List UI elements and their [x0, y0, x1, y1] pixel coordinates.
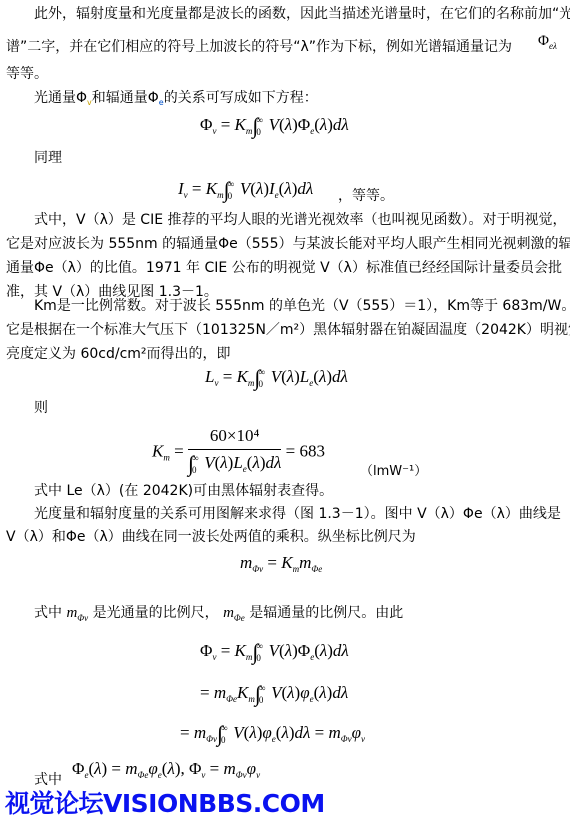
equation-luminous-flux: Φv = Km∫∞0 V(λ)Φe(λ)dλ	[200, 114, 349, 142]
equation-flux-result: = mΦv∫∞0 V(λ)φe(λ)dλ = mΦvφv	[180, 722, 365, 750]
equation-flux-integral: Φv = Km∫∞0 V(λ)Φe(λ)dλ	[200, 640, 349, 668]
paragraph-3-line-2: 它是对应波长为 555nm 的辐通量Φe（555）与某波长能对平均人眼产生相同光…	[6, 234, 570, 254]
equation-luminance: Lv = Km∫∞0 V(λ)Le(λ)dλ	[205, 366, 348, 394]
paragraph-3-line-1: 式中，V（λ）是 CIE 推荐的平均人眼的光谱光视效率（也叫视见函数）。对于明视…	[34, 210, 567, 230]
paragraph-1-line-2: 谱”二字，并在它们相应的符号上加波长的符号“λ”作为下标，例如光谱辐通量记为	[6, 37, 512, 57]
paragraph-4-line-1: Km是一比例常数。对于波长 555nm 的单色光（V（555）＝1），Km等于 …	[34, 296, 570, 316]
paragraph-6-line-2: V（λ）和Φe（λ）曲线在同一波长处两值的乘积。纵坐标比例尺为	[6, 527, 416, 547]
paragraph-4-line-2: 它是根据在一个标准大气压下（101325N／m²）黑体辐射器在铂凝固温度（204…	[6, 320, 570, 340]
paragraph-5: 式中 Le（λ）(在 2042K)可由黑体辐射表查得。	[34, 481, 333, 501]
watermark-visionbbs: 视觉论坛VISIONBBS.COM	[5, 784, 325, 817]
paragraph-4-line-3: 亮度定义为 60cd/cm²而得出的，即	[6, 344, 231, 364]
label-tongli: 同理	[34, 148, 62, 168]
paragraph-7: 式中 mΦv 是光通量的比例尺， mΦe 是辐通量的比例尺。由此	[34, 602, 403, 629]
paragraph-1-line-1: 此外，辐射度量和光度量都是波长的函数，因此当描述光谱量时，在它们的名称前加“光	[34, 4, 570, 24]
equation-flux-scaled: = mΦeKm∫∞0 V(λ)φe(λ)dλ	[200, 682, 348, 710]
paragraph-6-line-1: 光度量和辐射度量的关系可用图解来求得（图 1.3－1）。图中 V（λ）Φe（λ）…	[34, 504, 561, 524]
fraction: 60×10⁴ ∫∞0 V(λ)Le(λ)dλ	[188, 425, 281, 480]
equation-luminous-intensity: Iv = Km∫∞0 V(λ)Ie(λ)dλ	[178, 178, 313, 206]
paragraph-1-line-3: 等等。	[6, 64, 48, 84]
paragraph-2: 光通量Φv和辐通量Φe的关系可写成如下方程：	[34, 88, 318, 113]
equation-definitions: Φe(λ) = mΦeφe(λ), Φv = mΦvφv	[72, 758, 260, 786]
equation-km-value: Km = 60×10⁴ ∫∞0 V(λ)Le(λ)dλ = 683	[152, 425, 325, 480]
unit-label: （lmW⁻¹）	[360, 462, 427, 482]
label-dengdeng: ，等等。	[338, 186, 394, 206]
paragraph-3-line-3: 通量Φe（λ）的比值。1971 年 CIE 公布的明视觉 V（λ）标准值已经经国…	[6, 258, 562, 278]
equation-scale-ratio: mΦv = KmmΦe	[240, 552, 322, 580]
spectral-flux-symbol: Φeλ	[538, 30, 557, 57]
label-ze: 则	[34, 398, 48, 418]
